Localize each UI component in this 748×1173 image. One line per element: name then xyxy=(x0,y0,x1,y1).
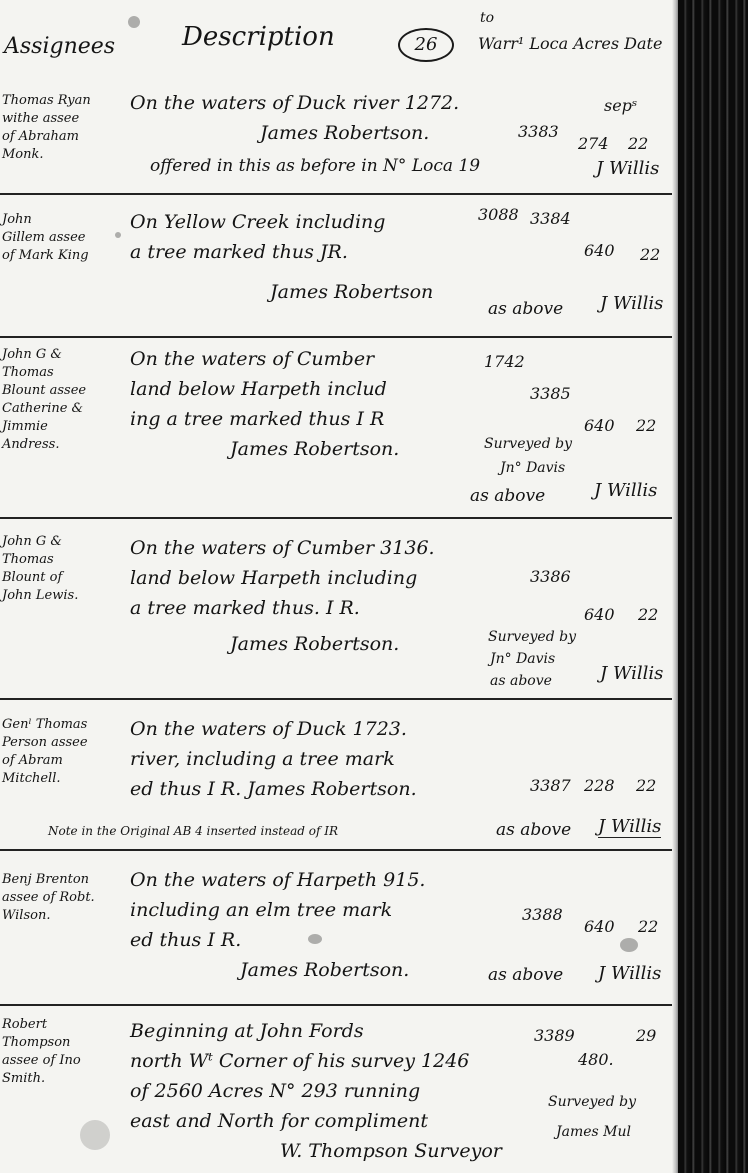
description-line: W. Thompson Surveyor xyxy=(130,1136,510,1166)
assignee-names: John Gillem assee of Mark King xyxy=(2,211,120,265)
description-column-heading: Description xyxy=(182,22,335,52)
acres-value: 480. xyxy=(578,1050,614,1069)
name-line: Catherine & xyxy=(2,400,120,418)
to-label: to xyxy=(480,10,494,26)
ink-smudge xyxy=(80,1120,110,1150)
entry-description: On the waters of Duck river 1272. James … xyxy=(130,88,490,148)
acres-value: 640 xyxy=(584,416,615,435)
signature: J Willis xyxy=(598,963,661,984)
entry-description: On the waters of Cumber 3136. land below… xyxy=(130,533,490,659)
correction-note: Note in the Original AB 4 inserted inste… xyxy=(48,824,338,838)
name-line: Andress. xyxy=(2,436,120,454)
name-line: John Lewis. xyxy=(2,587,120,605)
location-number: 3387 xyxy=(530,776,571,795)
location-number: 3384 xyxy=(530,209,571,228)
entry-description: On Yellow Creek including a tree marked … xyxy=(130,207,490,307)
assignee-names: Robert Thompson assee of Ino Smith. xyxy=(2,1016,120,1088)
name-line: Benj Brenton xyxy=(2,871,120,889)
name-line: assee of Robt. xyxy=(2,889,120,907)
as-above-note: as above xyxy=(488,299,563,319)
assignee-names: Genˡ Thomas Person assee of Abram Mitche… xyxy=(2,716,120,788)
name-line: withe assee xyxy=(2,110,120,128)
ledger-page: Assignees Description 26 to Warr¹ Loca A… xyxy=(0,0,678,1173)
name-line: Gillem assee xyxy=(2,229,120,247)
name-line: assee of Ino xyxy=(2,1052,120,1070)
name-line: Person assee xyxy=(2,734,120,752)
ink-smudge xyxy=(620,938,638,952)
ledger-header: Assignees Description 26 to Warr¹ Loca A… xyxy=(0,8,678,68)
description-line: James Robertson. xyxy=(130,623,490,659)
assignees-column-heading: Assignees xyxy=(4,34,115,59)
name-line: Blount assee xyxy=(2,382,120,400)
description-line: James Robertson. xyxy=(130,434,490,464)
date-value: 29 xyxy=(636,1026,656,1045)
name-line: Jimmie xyxy=(2,418,120,436)
description-line: James Robertson xyxy=(130,267,490,307)
as-above-note: as above xyxy=(470,486,545,506)
description-line: land below Harpeth includ xyxy=(130,374,490,404)
entry-note: offered in this as before in N° Loca 19 xyxy=(150,156,480,176)
description-line: Beginning at John Fords xyxy=(130,1016,510,1046)
signature: J Willis xyxy=(600,293,663,314)
ink-smudge xyxy=(308,934,322,944)
date-value: 22 xyxy=(638,917,658,936)
acres-value: 640 xyxy=(584,605,615,624)
name-line: Thomas xyxy=(2,551,120,569)
acres-value: 228 xyxy=(584,776,615,795)
ink-smudge xyxy=(128,16,140,28)
description-line: east and North for compliment xyxy=(130,1106,510,1136)
acres-value: 274 xyxy=(578,134,609,153)
date-value: 22 xyxy=(636,416,656,435)
name-line: John xyxy=(2,211,120,229)
signature: J Willis xyxy=(594,480,657,501)
description-line: On the waters of Cumber 3136. xyxy=(130,533,490,563)
date-value: 22 xyxy=(638,605,658,624)
location-number: 3388 xyxy=(522,905,563,924)
acres-value: 640 xyxy=(584,241,615,260)
signature: J Willis xyxy=(600,663,663,684)
surveyor-name: Jn° Davis xyxy=(490,651,555,667)
warrant-number: 1742 xyxy=(484,352,525,371)
location-number: 3389 xyxy=(534,1026,575,1045)
page-number: 26 xyxy=(398,28,454,62)
description-line: a tree marked thus. I R. xyxy=(130,593,490,623)
ledger-entry: Genˡ Thomas Person assee of Abram Mitche… xyxy=(0,700,678,848)
location-number: 3386 xyxy=(530,567,571,586)
description-line: On the waters of Cumber xyxy=(130,344,490,374)
name-line: Wilson. xyxy=(2,907,120,925)
name-line: Thompson xyxy=(2,1034,120,1052)
signature: J Willis xyxy=(598,816,661,838)
name-line: John G & xyxy=(2,346,120,364)
description-line: On Yellow Creek including xyxy=(130,207,490,237)
ledger-entry: John G & Thomas Blount of John Lewis. On… xyxy=(0,519,678,697)
name-line: of Abram xyxy=(2,752,120,770)
surveyed-by-note: Surveyed by xyxy=(484,436,572,452)
as-above-note: as above xyxy=(488,965,563,985)
name-line: John G & xyxy=(2,533,120,551)
assignee-names: John G & Thomas Blount assee Catherine &… xyxy=(2,346,120,454)
description-line: north Wᵗ Corner of his survey 1246 xyxy=(130,1046,510,1076)
acres-value: 640 xyxy=(584,917,615,936)
description-line: land below Harpeth including xyxy=(130,563,490,593)
as-above-note: as above xyxy=(490,673,552,689)
sep-note: sepˢ xyxy=(604,96,637,115)
description-line: a tree marked thus JR. xyxy=(130,237,490,267)
entry-description: Beginning at John Fords north Wᵗ Corner … xyxy=(130,1016,510,1166)
description-line: of 2560 Acres N° 293 running xyxy=(130,1076,510,1106)
assignee-names: Benj Brenton assee of Robt. Wilson. xyxy=(2,871,120,925)
description-line: On the waters of Duck river 1272. xyxy=(130,88,490,118)
name-line: Genˡ Thomas xyxy=(2,716,120,734)
surveyed-by-note: Surveyed by xyxy=(548,1094,636,1110)
description-line: On the waters of Duck 1723. xyxy=(130,714,490,744)
name-line: Blount of xyxy=(2,569,120,587)
name-line: Monk. xyxy=(2,146,120,164)
ledger-entry: Thomas Ryan withe assee of Abraham Monk.… xyxy=(0,80,678,192)
description-line: including an elm tree mark xyxy=(130,895,490,925)
description-line: James Robertson. xyxy=(130,955,490,985)
description-line: James Robertson. xyxy=(130,118,490,148)
name-line: Robert xyxy=(2,1016,120,1034)
surveyor-name: Jn° Davis xyxy=(500,460,565,476)
warrant-number: 3088 xyxy=(478,205,519,224)
ledger-entry: Benj Brenton assee of Robt. Wilson. On t… xyxy=(0,851,678,1001)
as-above-note: as above xyxy=(496,820,571,840)
date-value: 22 xyxy=(640,245,660,264)
signature: J Willis xyxy=(596,158,659,179)
ledger-entry: John G & Thomas Blount assee Catherine &… xyxy=(0,338,678,516)
location-number: 3383 xyxy=(518,122,559,141)
name-line: of Mark King xyxy=(2,247,120,265)
assignee-names: John G & Thomas Blount of John Lewis. xyxy=(2,533,120,605)
entry-description: On the waters of Duck 1723. river, inclu… xyxy=(130,714,490,804)
ledger-entry: John Gillem assee of Mark King On Yellow… xyxy=(0,195,678,335)
name-line: Mitchell. xyxy=(2,770,120,788)
location-number: 3385 xyxy=(530,384,571,403)
date-value: 22 xyxy=(636,776,656,795)
description-line: On the waters of Harpeth 915. xyxy=(130,865,490,895)
number-columns-heading: Warr¹ Loca Acres Date xyxy=(478,34,662,53)
book-spine xyxy=(678,0,748,1173)
description-line: ing a tree marked thus I R xyxy=(130,404,490,434)
name-line: Thomas Ryan xyxy=(2,92,120,110)
description-line: ed thus I R. James Robertson. xyxy=(130,774,490,804)
name-line: Smith. xyxy=(2,1070,120,1088)
name-line: Thomas xyxy=(2,364,120,382)
surveyed-by-note: Surveyed by xyxy=(488,629,576,645)
entry-description: On the waters of Harpeth 915. including … xyxy=(130,865,490,985)
date-value: 22 xyxy=(628,134,648,153)
surveyor-name: James Mul xyxy=(556,1124,631,1140)
assignee-names: Thomas Ryan withe assee of Abraham Monk. xyxy=(2,92,120,164)
ink-smudge xyxy=(115,232,121,238)
description-line: river, including a tree mark xyxy=(130,744,490,774)
name-line: of Abraham xyxy=(2,128,120,146)
entry-description: On the waters of Cumber land below Harpe… xyxy=(130,344,490,464)
